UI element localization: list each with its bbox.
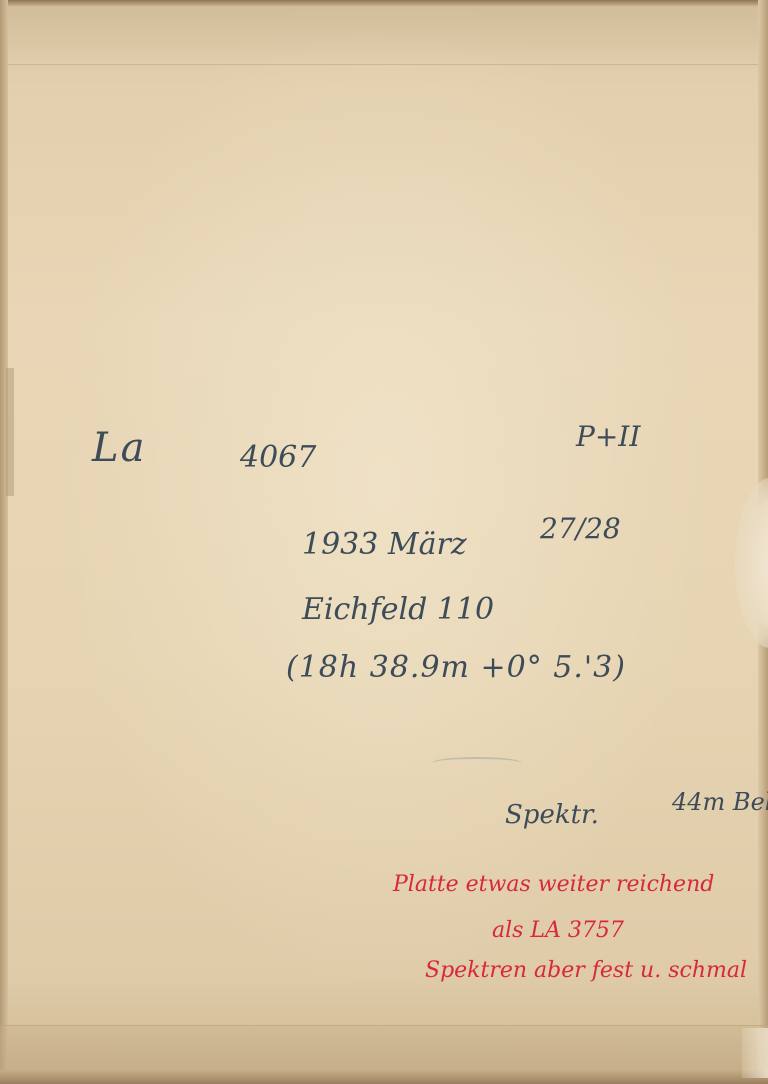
plate-number: 4067 <box>240 440 316 475</box>
exposure-label: 44m Bel. <box>672 788 768 816</box>
red-annotation-line-2: als LA 3757 <box>492 918 624 943</box>
faint-pencil-mark <box>432 757 522 769</box>
paper-light-patch <box>735 478 768 648</box>
paper-bottom-fold <box>0 1025 768 1071</box>
observation-coordinates: (18h 38.9m +0° 5.'3) <box>286 650 626 685</box>
plate-mark: P+II <box>576 420 640 453</box>
observation-date: 1933 März <box>302 527 467 562</box>
observation-field: Eichfeld 110 <box>302 592 494 627</box>
observation-date-fraction: 27/28 <box>540 512 621 545</box>
plate-prefix: La <box>92 425 146 471</box>
red-annotation-line-1: Platte etwas weiter reichend <box>393 872 714 897</box>
paper-corner-patch <box>742 1028 768 1078</box>
paper-left-crease <box>6 368 14 496</box>
document-page: La 4067 P+II 1933 März 27/28 Eichfeld 11… <box>0 0 768 1084</box>
paper-bottom-edge <box>0 1070 768 1084</box>
instrument-label: Spektr. <box>505 800 599 830</box>
paper-top-fold <box>0 6 768 65</box>
paper-left-edge <box>0 0 8 1084</box>
red-annotation-line-3: Spektren aber fest u. schmal <box>425 958 747 983</box>
